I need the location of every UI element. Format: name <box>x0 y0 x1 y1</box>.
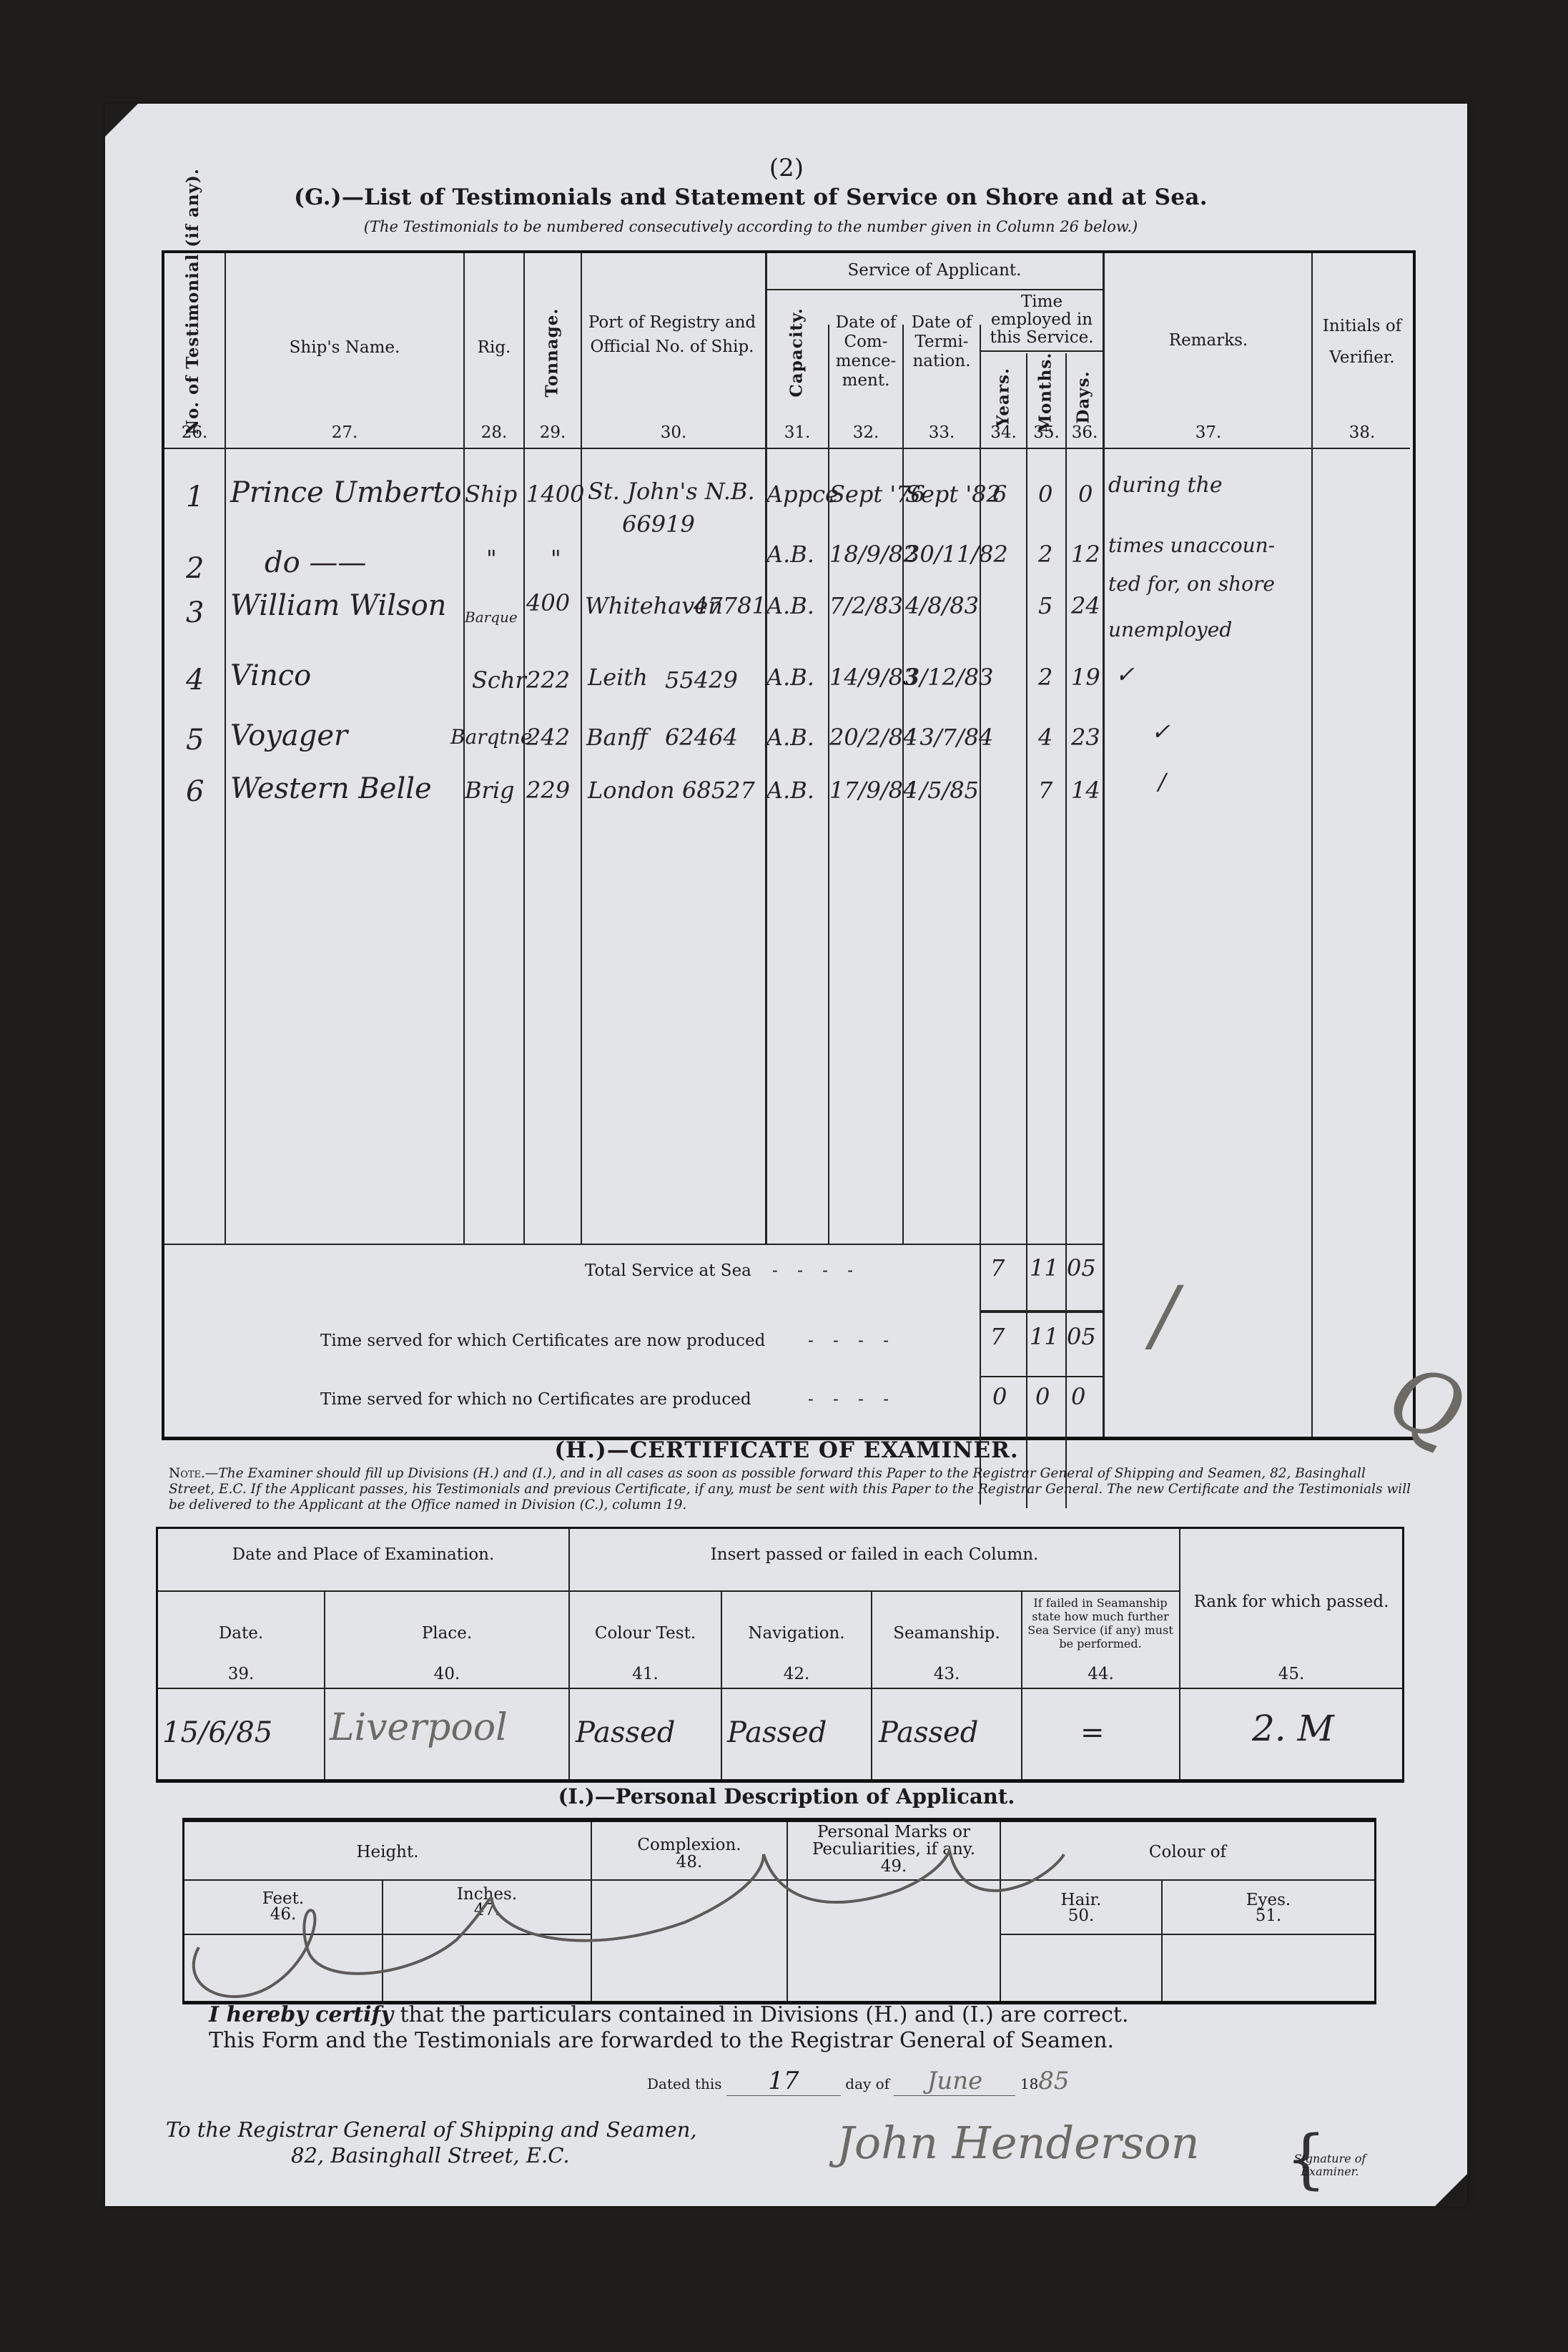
col-divider <box>324 1592 325 1779</box>
dated-this-label: Dated this <box>647 2075 722 2092</box>
column-number: 35. <box>1027 423 1065 442</box>
tonnage: 1400 <box>526 481 584 508</box>
header-rig: Rig. <box>465 338 523 358</box>
pencil-strike-loops <box>184 1822 1374 2001</box>
col-divider <box>1026 353 1027 1508</box>
header-initials-verifier: Initials of Verifier. <box>1314 310 1410 373</box>
remarks-line: during the <box>1108 472 1223 499</box>
note-text: —The Examiner should fill up Divisions (… <box>169 1466 1411 1512</box>
totals-line <box>980 1376 1103 1377</box>
header-tonnage: Tonnage. <box>543 312 562 398</box>
leader-dots: - - - - <box>808 1332 896 1350</box>
header-date: Date. <box>158 1623 324 1643</box>
end-date: 3/12/83 <box>905 664 993 691</box>
leader-dots: - - - - <box>772 1261 860 1280</box>
tonnage: " <box>551 545 561 572</box>
col-divider <box>568 1529 570 1779</box>
ship-name: Vinco <box>230 659 311 692</box>
header-rank: Rank for which passed. <box>1180 1592 1402 1612</box>
page-number: (2) <box>751 154 822 182</box>
remarks-line: unemployed <box>1108 616 1232 644</box>
col-divider <box>225 253 226 1244</box>
column-number: 45. <box>1180 1665 1402 1683</box>
year-suffix: 85 <box>1038 2067 1069 2095</box>
official-no: 68527 <box>682 777 755 804</box>
dated-month: June <box>894 2067 1015 2096</box>
column-number: 36. <box>1067 423 1103 442</box>
column-number: 34. <box>981 423 1026 442</box>
header-remarks: Remarks. <box>1105 330 1311 350</box>
months: 0 <box>1038 481 1052 508</box>
column-number: 42. <box>722 1665 871 1683</box>
end-date: 13/7/84 <box>905 724 993 751</box>
row-no: 3 <box>186 596 204 629</box>
column-number: 43. <box>872 1665 1021 1683</box>
capacity: A.B. <box>766 592 814 619</box>
column-number: 27. <box>226 423 463 442</box>
dated-day: 17 <box>726 2067 841 2096</box>
header-navigation: Navigation. <box>722 1623 871 1643</box>
certify-line2: This Form and the Testimonials are forwa… <box>209 2028 1114 2053</box>
header-months: Months. <box>1036 362 1055 433</box>
remark-check: ✓ <box>1115 661 1135 688</box>
note-label: Note. <box>169 1466 205 1481</box>
column-number: 31. <box>766 423 828 442</box>
exam-date: 15/6/85 <box>162 1716 272 1749</box>
capacity: A.B. <box>766 724 814 751</box>
registrar-address: To the Registrar General of Shipping and… <box>166 2117 697 2168</box>
address-line-1: To the Registrar General of Shipping and… <box>166 2117 697 2142</box>
days: 0 <box>1078 481 1093 508</box>
days: 12 <box>1071 541 1100 568</box>
examiner-signature: John Henderson <box>837 2117 1200 2169</box>
total-years: 0 <box>992 1383 1007 1410</box>
seamanship-result: Passed <box>879 1716 978 1749</box>
colour-test-result: Passed <box>576 1716 675 1749</box>
totals-line <box>980 1310 1103 1313</box>
col-divider <box>871 1592 872 1779</box>
address-line-2: 82, Basinghall Street, E.C. <box>166 2142 697 2168</box>
column-number: 30. <box>582 423 765 442</box>
months: 2 <box>1038 664 1052 691</box>
column-number: 39. <box>158 1665 324 1683</box>
row-no: 6 <box>186 775 204 808</box>
exam-place: Liverpool <box>330 1706 508 1749</box>
col-divider <box>581 253 582 1244</box>
col-divider <box>1103 253 1105 1437</box>
end-date: Sept '82 <box>905 481 1001 508</box>
official-no: 47781 <box>694 592 766 619</box>
official-no: 66919 <box>622 511 695 538</box>
total-months: 11 <box>1030 1323 1059 1350</box>
row-divider <box>158 1688 1402 1689</box>
total-years: 7 <box>990 1254 1005 1281</box>
header-years: Years. <box>994 365 1013 430</box>
col-divider <box>1179 1529 1180 1779</box>
folded-corner-top-left <box>105 104 138 137</box>
capacity: A.B. <box>766 664 814 691</box>
remarks-line: times unaccoun- <box>1108 532 1275 559</box>
column-number: 37. <box>1105 423 1311 442</box>
capacity: Appce <box>766 481 839 508</box>
header-place: Place. <box>325 1623 568 1643</box>
rig: Schr <box>472 666 526 694</box>
remarks-line: ted for, on shore <box>1108 571 1275 598</box>
column-number: 41. <box>570 1665 721 1683</box>
row-divider <box>765 289 1103 290</box>
header-date-commencement: Date of Com- mence- ment. <box>831 313 901 390</box>
section-g-title: (G.)—List of Testimonials and Statement … <box>215 184 1287 210</box>
header-capacity: Capacity. <box>787 312 807 398</box>
total-label: Time served for which Certificates are n… <box>320 1332 765 1350</box>
header-date-termination: Date of Termi- nation. <box>905 313 978 371</box>
total-days: 05 <box>1067 1323 1096 1350</box>
header-testimonial-no: No. of Testimonial (if any). <box>183 249 203 435</box>
ship-name: do —— <box>265 546 366 579</box>
start-date: 7/2/83 <box>829 592 903 619</box>
header-time-employed: Time employed in this Service. <box>981 293 1103 347</box>
rank-passed: 2. M <box>1252 1712 1334 1745</box>
column-number: 28. <box>465 423 523 442</box>
rig: Barqtne <box>450 724 532 751</box>
service-table: No. of Testimonial (if any). Ship's Name… <box>162 250 1416 1440</box>
section-i-title: (I.)—Personal Description of Applicant. <box>215 1784 1359 1809</box>
column-number: 33. <box>904 423 980 442</box>
totals-top-line <box>164 1244 1103 1245</box>
further-sea-service: = <box>1080 1716 1105 1749</box>
total-months: 0 <box>1035 1383 1050 1410</box>
total-days: 0 <box>1071 1383 1085 1410</box>
column-number: 29. <box>525 423 581 442</box>
column-number: 38. <box>1314 423 1410 442</box>
certification-text: I hereby certify that the particulars co… <box>209 2002 1129 2054</box>
tonnage: 222 <box>526 666 570 694</box>
row-no: 5 <box>186 724 204 757</box>
col-divider <box>721 1592 722 1779</box>
months: 2 <box>1038 541 1052 568</box>
rig: Ship <box>465 481 517 508</box>
header-service-of-applicant: Service of Applicant. <box>766 260 1103 280</box>
col-divider <box>1311 253 1313 1437</box>
header-colour-test: Colour Test. <box>570 1623 721 1643</box>
column-number: 44. <box>1022 1665 1179 1683</box>
ship-name: Western Belle <box>230 772 432 805</box>
port: Leith <box>588 664 648 691</box>
total-months: 11 <box>1030 1254 1059 1281</box>
start-date: 20/2/84 <box>829 724 917 751</box>
total-label: Time served for which no Certificates ar… <box>320 1390 751 1409</box>
row-divider <box>158 1590 1179 1592</box>
total-years: 7 <box>990 1323 1005 1350</box>
end-date: 30/11/82 <box>905 541 1008 568</box>
column-number: 32. <box>829 423 902 442</box>
days: 14 <box>1071 777 1100 804</box>
certify-lead: I hereby certify <box>209 2002 393 2027</box>
examiner-note: Note.—The Examiner should fill up Divisi… <box>169 1466 1413 1513</box>
examiner-table: Date and Place of Examination. Insert pa… <box>156 1527 1404 1783</box>
remark-check: / <box>1158 768 1166 795</box>
capacity: A.B. <box>766 777 814 804</box>
day-of-label: day of <box>845 2075 889 2092</box>
ship-name: William Wilson <box>230 589 446 622</box>
personal-description-table: Height. Feet.46. Inches.47. Complexion.4… <box>182 1818 1376 2004</box>
days: 19 <box>1071 664 1100 691</box>
months: 4 <box>1038 724 1052 751</box>
capacity: A.B. <box>766 541 814 568</box>
end-date: 1/5/85 <box>905 777 979 804</box>
header-port-registry: Port of Registry and Official No. of Shi… <box>586 310 758 359</box>
days: 24 <box>1071 592 1100 619</box>
signature-of-examiner-label: Signature of Examiner. <box>1291 2152 1369 2178</box>
rig: Brig <box>465 777 515 804</box>
dated-line: Dated this 17 day of June 1885 <box>647 2067 1070 2096</box>
official-no: 55429 <box>665 666 738 694</box>
header-seamanship: Seamanship. <box>872 1623 1021 1643</box>
days: 23 <box>1071 724 1100 751</box>
column-number: 26. <box>164 423 225 442</box>
months: 7 <box>1038 777 1052 804</box>
years: 6 <box>992 481 1007 508</box>
header-bottom-line <box>164 448 1410 449</box>
port: St. John's N.B. <box>588 478 755 505</box>
tonnage: 229 <box>526 777 570 804</box>
header-insert-passed-failed: Insert passed or failed in each Column. <box>570 1545 1179 1565</box>
start-date: 14/9/83 <box>829 664 917 691</box>
year-prefix: 18 <box>1020 2075 1038 2092</box>
header-days: Days. <box>1074 365 1093 430</box>
section-g-subtitle: (The Testimonials to be numbered consecu… <box>215 218 1287 235</box>
tonnage: 400 <box>526 589 570 616</box>
navigation-result: Passed <box>727 1716 827 1749</box>
row-no: 4 <box>186 664 204 697</box>
months: 5 <box>1038 592 1052 619</box>
folded-corner-bottom-right <box>1434 2174 1467 2207</box>
tonnage: 242 <box>526 724 570 751</box>
row-no: 2 <box>186 552 204 585</box>
verification-check-mark: / <box>1151 1276 1178 1354</box>
col-divider <box>1021 1592 1022 1779</box>
port: Banff <box>586 724 648 751</box>
leader-dots: - - - - <box>808 1390 896 1409</box>
row-no: 1 <box>186 481 204 513</box>
start-date: 18/9/82 <box>829 541 917 568</box>
ship-name: Prince Umberto <box>230 476 462 509</box>
total-days: 05 <box>1067 1254 1096 1281</box>
rig: " <box>486 545 497 572</box>
ship-name: Voyager <box>230 719 347 752</box>
end-date: 4/8/83 <box>905 592 979 619</box>
rig: Barque <box>465 604 518 631</box>
header-date-place: Date and Place of Examination. <box>158 1545 568 1565</box>
total-label: Total Service at Sea <box>585 1261 751 1280</box>
start-date: 17/9/84 <box>829 777 917 804</box>
remark-check: ✓ <box>1151 718 1170 745</box>
port: London <box>588 777 674 804</box>
header-failed-seamanship: If failed in Seamanship state how much f… <box>1025 1596 1176 1650</box>
column-number: 40. <box>325 1665 568 1683</box>
section-h-title: (H.)—CERTIFICATE OF EXAMINER. <box>215 1437 1359 1463</box>
certify-line1: that the particulars contained in Divisi… <box>393 2002 1129 2027</box>
header-ship-name: Ship's Name. <box>226 338 463 358</box>
official-no: 62464 <box>665 724 738 751</box>
